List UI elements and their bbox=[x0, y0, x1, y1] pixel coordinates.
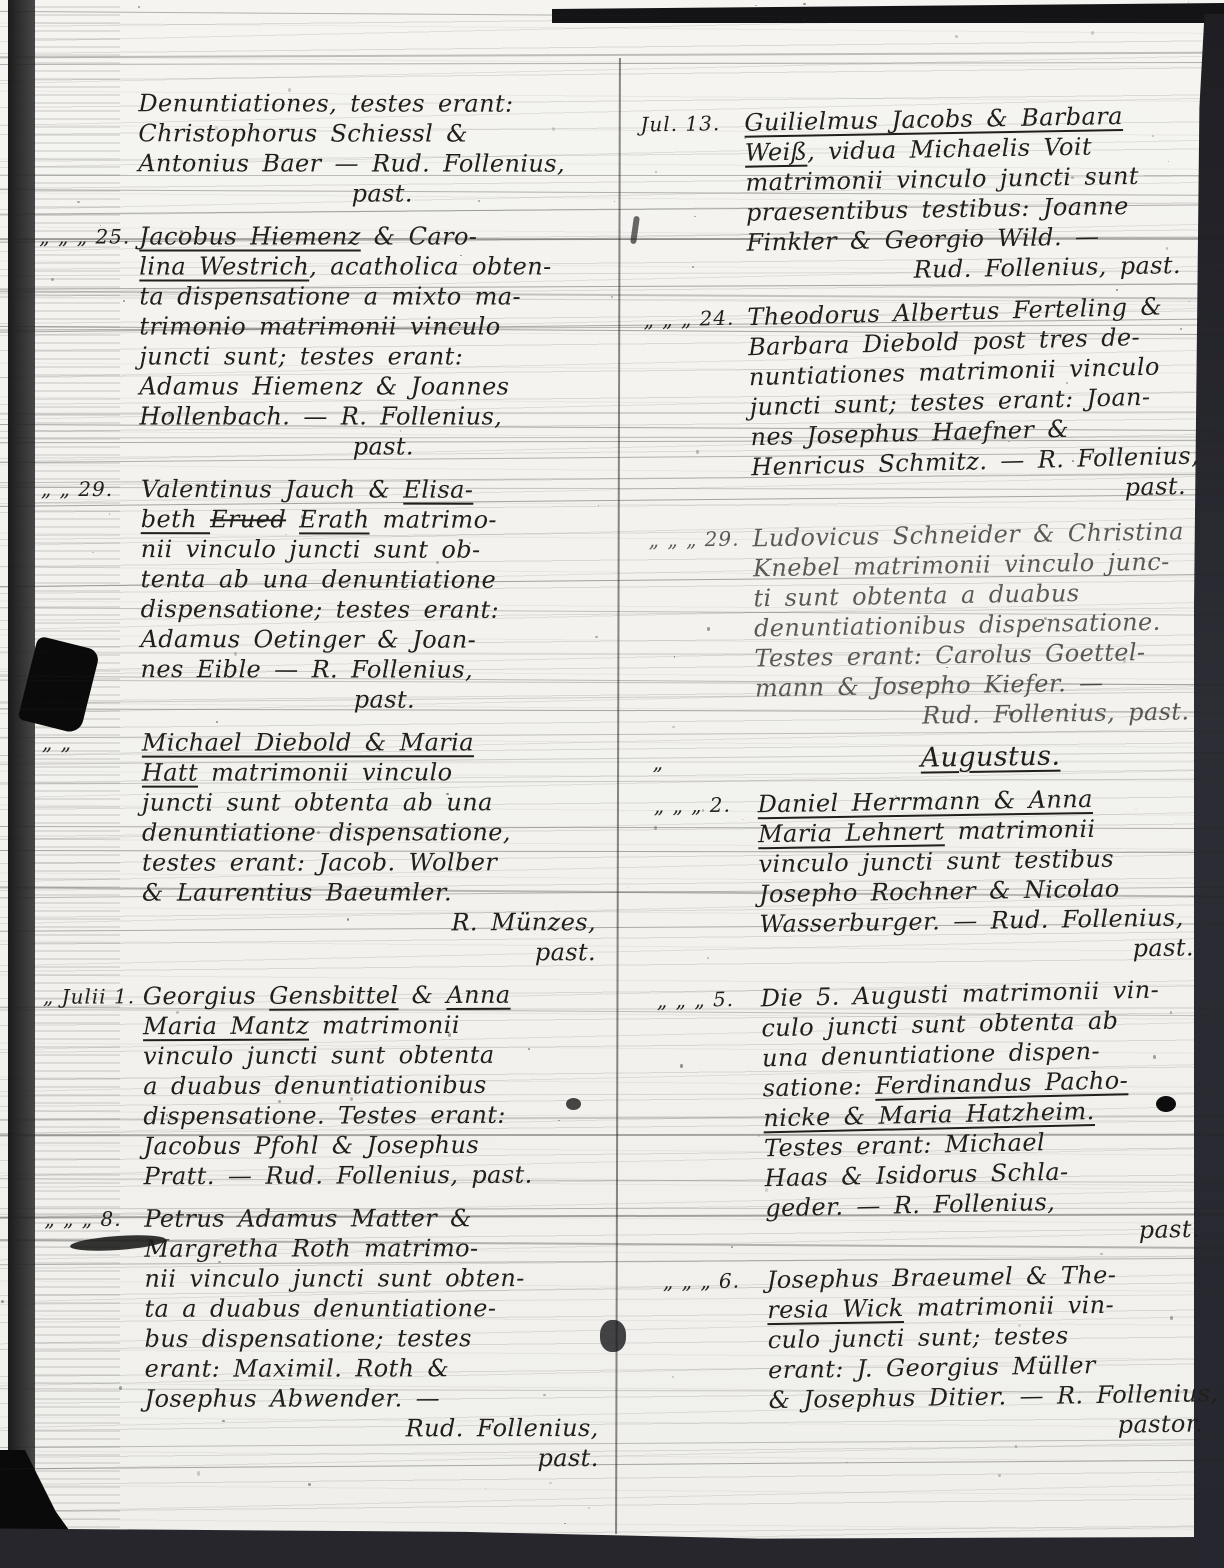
entry-line: juncti sunt; testes erant: bbox=[139, 341, 627, 371]
text-run: past. bbox=[354, 685, 415, 713]
text-run: Rud. Follenius, bbox=[406, 1414, 599, 1442]
entry-text: Denuntiationes, testes erant:Christophor… bbox=[138, 88, 626, 208]
text-run: R. Münzes, bbox=[451, 908, 596, 936]
entry-text: Ludovicus Schneider & ChristinaKnebel ma… bbox=[752, 516, 1223, 733]
entry-text: Die 5. Augusti matrimonii vin-culo junct… bbox=[760, 973, 1224, 1253]
scan-edge-top bbox=[552, 3, 1224, 23]
entry-line: Denuntiationes, testes erant: bbox=[138, 88, 626, 118]
entry-line: Augustus. bbox=[756, 739, 1224, 776]
entry-line: Maria Mantz matrimonii bbox=[143, 1009, 631, 1041]
underlined-name: Hatt bbox=[142, 759, 198, 787]
text-run: Knebel matrimonii vinculo junc- bbox=[753, 548, 1170, 583]
text-run: juncti sunt; testes erant: bbox=[139, 342, 463, 370]
text-run: satione: bbox=[762, 1072, 875, 1102]
text-run: ti sunt obtenta a duabus bbox=[753, 579, 1079, 612]
text-run: pastor. bbox=[1117, 1409, 1203, 1438]
entry-line: lina Westrich, acatholica obten- bbox=[139, 251, 627, 281]
entry-line: Adamus Hiemenz & Joannes bbox=[139, 371, 627, 401]
entry-line: bus dispensatione; testes bbox=[145, 1323, 633, 1354]
entry-line: vinculo juncti sunt obtenta bbox=[143, 1039, 631, 1071]
paper-speck bbox=[138, 6, 140, 8]
entry-date-label bbox=[38, 88, 138, 208]
text-run: juncti sunt obtenta ab una bbox=[142, 788, 493, 816]
entry-date-label: Jul. 13. bbox=[640, 108, 747, 290]
entry-line: past. bbox=[140, 684, 628, 715]
text-run: nii vinculo juncti sunt ob- bbox=[141, 535, 481, 564]
column-left: Denuntiationes, testes erant:Christophor… bbox=[38, 87, 633, 1488]
register-entry: „ „ „ 25.Jacobus Hiemenz & Caro-lina Wes… bbox=[39, 221, 627, 461]
text-run bbox=[286, 505, 299, 533]
entry-line: dispensatione; testes erant: bbox=[141, 594, 629, 625]
scan-line bbox=[0, 62, 1224, 65]
underlined-name: Michael Diebold & Maria bbox=[142, 728, 474, 756]
register-entry: „ „ „ 2.Daniel Herrmann & AnnaMaria Lehn… bbox=[653, 782, 1224, 971]
entry-date-label: „ „ „ 6. bbox=[663, 1265, 770, 1447]
text-run: past. bbox=[1124, 472, 1186, 502]
entry-line: nii vinculo juncti sunt obten- bbox=[144, 1263, 632, 1294]
text-run: erant: Maximil. Roth & bbox=[145, 1354, 450, 1383]
text-run: Georgius bbox=[143, 982, 269, 1011]
paper-speck bbox=[1158, 1479, 1159, 1480]
underlined-name: beth bbox=[141, 505, 210, 533]
entry-line: Georgius Gensbittel & Anna bbox=[143, 979, 631, 1011]
text-run: past. bbox=[537, 1444, 598, 1472]
text-run: Antonius Baer — Rud. Follenius, bbox=[138, 149, 565, 177]
text-run: erant: J. Georgius Müller bbox=[768, 1351, 1096, 1384]
entry-line: Jacobus Hiemenz & Caro- bbox=[139, 221, 627, 251]
underlined-name: Maria Lehnert bbox=[758, 817, 945, 848]
underlined-name: Jacobus Hiemenz bbox=[139, 222, 360, 250]
entry-line: Petrus Adamus Matter & bbox=[144, 1203, 632, 1234]
text-run: nii vinculo juncti sunt obten- bbox=[144, 1264, 524, 1293]
register-entry: „ „ „ 24.Theodorus Albertus Ferteling &B… bbox=[643, 290, 1220, 515]
text-run: culo juncti sunt; testes bbox=[767, 1321, 1068, 1354]
underlined-name: nicke & Maria Hatzheim. bbox=[763, 1097, 1095, 1132]
paper-speck bbox=[803, 18, 805, 20]
entry-text: Jacobus Hiemenz & Caro-lina Westrich, ac… bbox=[139, 221, 627, 461]
underlined-name: Daniel Herrmann & Anna bbox=[757, 785, 1093, 818]
underlined-name: lina Westrich bbox=[139, 252, 309, 280]
register-entry: „ „ „ 6.Josephus Braeumel & The-resia Wi… bbox=[663, 1258, 1224, 1447]
underlined-name: Erath bbox=[299, 505, 369, 533]
entry-text: Michael Diebold & MariaHatt matrimonii v… bbox=[142, 727, 630, 968]
struck-word: Erued bbox=[210, 505, 286, 533]
text-run: , vidua Michaelis Voit bbox=[807, 133, 1092, 166]
entry-line: Antonius Baer — Rud. Follenius, bbox=[138, 148, 626, 178]
underlined-name: Augustus. bbox=[920, 741, 1060, 774]
paper-speck bbox=[564, 1523, 566, 1524]
entry-text: Guilielmus Jacobs & BarbaraWeiß, vidua M… bbox=[744, 99, 1215, 287]
text-run: dispensatione; testes erant: bbox=[141, 595, 500, 624]
underlined-name: Elisa- bbox=[403, 476, 473, 504]
register-entry: „ „ „ 5.Die 5. Augusti matrimonii vin-cu… bbox=[656, 973, 1224, 1256]
entry-line: testes erant: Jacob. Wolber bbox=[142, 847, 630, 878]
register-entry: „ „ 29.Valentinus Jauch & Elisa-beth Eru… bbox=[40, 474, 628, 715]
register-entry: „ Julii 1.Georgius Gensbittel & AnnaMari… bbox=[43, 979, 632, 1191]
text-run: ta dispensatione a mixto ma- bbox=[139, 282, 521, 310]
text-run: Wasserburger. — Rud. Follenius, bbox=[759, 904, 1184, 939]
register-entry: Jul. 13.Guilielmus Jacobs & BarbaraWeiß,… bbox=[640, 99, 1215, 289]
entry-date-label: „ „ „ 25. bbox=[39, 221, 139, 461]
text-run: nes Eible — R. Follenius, bbox=[140, 655, 473, 684]
entry-date-label: „ bbox=[652, 746, 756, 778]
text-run: Valentinus Jauch & bbox=[141, 475, 404, 504]
entry-line: past. bbox=[138, 178, 626, 208]
register-entry: Denuntiationes, testes erant:Christophor… bbox=[38, 88, 626, 209]
text-run: Margretha Roth matrimo- bbox=[144, 1234, 478, 1263]
entry-text: Theodorus Albertus Ferteling &Barbara Di… bbox=[747, 290, 1220, 512]
text-run: a duabus denuntiationibus bbox=[143, 1071, 487, 1100]
entry-date-label: „ „ „ 5. bbox=[656, 983, 766, 1255]
entry-line: nes Eible — R. Follenius, bbox=[140, 654, 628, 685]
entry-date-label: „ „ bbox=[42, 728, 142, 968]
text-run: & Laurentius Baeumler. bbox=[142, 878, 452, 906]
entry-line: R. Münzes, bbox=[142, 907, 630, 938]
text-run: ta a duabus denuntiatione- bbox=[144, 1294, 496, 1323]
underlined-name: Anna bbox=[446, 981, 510, 1009]
entry-date-label: „ „ „ 8. bbox=[44, 1204, 144, 1474]
text-run: bus dispensatione; testes bbox=[145, 1324, 472, 1353]
entry-text: Daniel Herrmann & AnnaMaria Lehnert matr… bbox=[757, 782, 1224, 969]
entry-line: Adamus Oetinger & Joan- bbox=[141, 624, 629, 655]
entry-line: past. bbox=[145, 1443, 633, 1474]
column-right: Jul. 13.Guilielmus Jacobs & BarbaraWeiß,… bbox=[640, 99, 1224, 1461]
entry-text: Valentinus Jauch & Elisa-beth Erued Erat… bbox=[140, 474, 628, 715]
entry-line: Valentinus Jauch & Elisa- bbox=[141, 474, 629, 505]
text-run: past. bbox=[352, 179, 413, 207]
entry-line: Rud. Follenius, bbox=[145, 1413, 633, 1444]
paper-speck bbox=[955, 35, 958, 38]
text-run: Jacobus Pfohl & Josephus bbox=[143, 1131, 479, 1160]
entry-line: dispensatione. Testes erant: bbox=[143, 1099, 631, 1131]
paper-speck bbox=[588, 1507, 590, 1509]
text-run: past. bbox=[1132, 933, 1194, 962]
entry-line: beth Erued Erath matrimo- bbox=[141, 504, 629, 535]
entry-line: trimonio matrimonii vinculo bbox=[139, 311, 627, 341]
scan-line bbox=[0, 52, 1224, 59]
register-page: Denuntiationes, testes erant:Christophor… bbox=[0, 0, 1224, 1568]
paper-speck bbox=[1091, 31, 1094, 35]
paper-speck bbox=[485, 1488, 486, 1489]
entry-line: Hollenbach. — R. Follenius, bbox=[139, 401, 627, 431]
entry-text: Georgius Gensbittel & AnnaMaria Mantz ma… bbox=[143, 979, 632, 1191]
text-run: Rud. Follenius, past. bbox=[922, 697, 1190, 729]
text-run: dispensatione. Testes erant: bbox=[143, 1101, 506, 1131]
entry-line: Pratt. — Rud. Follenius, past. bbox=[144, 1159, 632, 1191]
text-run: Josephus Abwender. — bbox=[145, 1384, 440, 1413]
entry-text: Augustus. bbox=[756, 739, 1224, 776]
text-run: denuntiatione dispensatione, bbox=[142, 818, 511, 846]
text-run: Adamus Oetinger & Joan- bbox=[141, 625, 477, 654]
month-header-entry: „Augustus. bbox=[652, 739, 1224, 777]
underlined-name: Weiß bbox=[745, 138, 808, 167]
text-run: matrimonii bbox=[944, 815, 1095, 845]
text-run: matrimo- bbox=[370, 506, 497, 534]
underlined-name: Gensbittel bbox=[269, 981, 398, 1010]
text-run: Denuntiationes, testes erant: bbox=[138, 89, 513, 117]
text-run: geder. — R. Follenius, bbox=[765, 1188, 1055, 1222]
entry-line: & Laurentius Baeumler. bbox=[142, 877, 630, 908]
entry-text: Petrus Adamus Matter &Margretha Roth mat… bbox=[144, 1203, 632, 1474]
text-run: & bbox=[398, 981, 446, 1009]
entry-line: ta dispensatione a mixto ma- bbox=[139, 281, 627, 311]
text-run: past. bbox=[353, 432, 414, 460]
entry-date-label: „ Julii 1. bbox=[43, 981, 144, 1191]
entry-line: Margretha Roth matrimo- bbox=[144, 1233, 632, 1264]
text-run: matrimonii bbox=[309, 1011, 460, 1040]
entry-line: Josephus Abwender. — bbox=[145, 1383, 633, 1414]
entry-date-label: „ „ „ 29. bbox=[648, 523, 755, 735]
entry-line: past. bbox=[142, 937, 630, 968]
entry-line: ta a duabus denuntiatione- bbox=[144, 1293, 632, 1324]
text-run: trimonio matrimonii vinculo bbox=[139, 312, 500, 340]
entry-text: Josephus Braeumel & The-resia Wick matri… bbox=[767, 1258, 1224, 1445]
entry-line: Jacobus Pfohl & Josephus bbox=[143, 1129, 631, 1161]
register-entry: „ „Michael Diebold & MariaHatt matrimoni… bbox=[42, 727, 630, 968]
text-run: past. bbox=[535, 938, 596, 966]
text-run: Pratt. — Rud. Follenius, past. bbox=[144, 1161, 533, 1191]
text-run: Hollenbach. — R. Follenius, bbox=[139, 402, 502, 430]
entry-line: a duabus denuntiationibus bbox=[143, 1069, 631, 1101]
text-run: vinculo juncti sunt obtenta bbox=[143, 1041, 495, 1070]
entry-line: denuntiatione dispensatione, bbox=[142, 817, 630, 848]
entry-date-label: „ „ „ 24. bbox=[643, 302, 752, 515]
underlined-name: resia Wick bbox=[767, 1294, 904, 1324]
text-run: testes erant: Jacob. Wolber bbox=[142, 848, 497, 876]
text-run: Josephus Braeumel & The- bbox=[767, 1261, 1117, 1294]
register-entry: „ „ „ 29.Ludovicus Schneider & Christina… bbox=[648, 516, 1223, 735]
entry-line: erant: Maximil. Roth & bbox=[145, 1353, 633, 1384]
text-run: Christophorus Schiessl & bbox=[138, 119, 468, 147]
text-run: & Caro- bbox=[361, 222, 478, 250]
text-run: tenta ab una denuntiatione bbox=[141, 565, 496, 594]
entry-line: tenta ab una denuntiatione bbox=[141, 564, 629, 595]
text-run: mann & Josepho Kiefer. — bbox=[755, 669, 1104, 703]
register-entry: „ „ „ 8.Petrus Adamus Matter &Margretha … bbox=[44, 1203, 632, 1474]
entry-date-label: „ „ 29. bbox=[40, 474, 140, 714]
entry-line: Michael Diebold & Maria bbox=[142, 727, 630, 758]
text-run: matrimonii vinculo bbox=[198, 758, 452, 786]
paper-speck bbox=[998, 1474, 1001, 1477]
scan-edge-bottom bbox=[0, 1526, 1224, 1568]
underlined-name: Maria Mantz bbox=[143, 1012, 309, 1041]
paper-speck bbox=[1188, 1, 1189, 3]
text-run: , acatholica obten- bbox=[309, 252, 551, 280]
text-run: vinculo juncti sunt testibus bbox=[758, 845, 1114, 879]
entry-line: past. bbox=[139, 431, 627, 461]
entry-line: Christophorus Schiessl & bbox=[138, 118, 626, 148]
entry-date-label: „ „ „ 2. bbox=[653, 789, 760, 971]
entry-line: Hatt matrimonii vinculo bbox=[142, 757, 630, 788]
text-run: past. bbox=[1138, 1215, 1200, 1244]
entry-line: nii vinculo juncti sunt ob- bbox=[141, 534, 629, 565]
underlined-name: Ferdinandus Pacho- bbox=[875, 1066, 1129, 1100]
text-run: matrimonii vin- bbox=[904, 1291, 1115, 1322]
entry-line: juncti sunt obtenta ab una bbox=[142, 787, 630, 818]
text-run: Petrus Adamus Matter & bbox=[144, 1204, 472, 1233]
paper-speck bbox=[803, 3, 806, 5]
paper-speck bbox=[755, 5, 757, 6]
text-run: Josepho Rochner & Nicolao bbox=[759, 875, 1120, 909]
text-run: Rud. Follenius, past. bbox=[913, 251, 1181, 284]
text-run: Adamus Hiemenz & Joannes bbox=[139, 372, 509, 400]
